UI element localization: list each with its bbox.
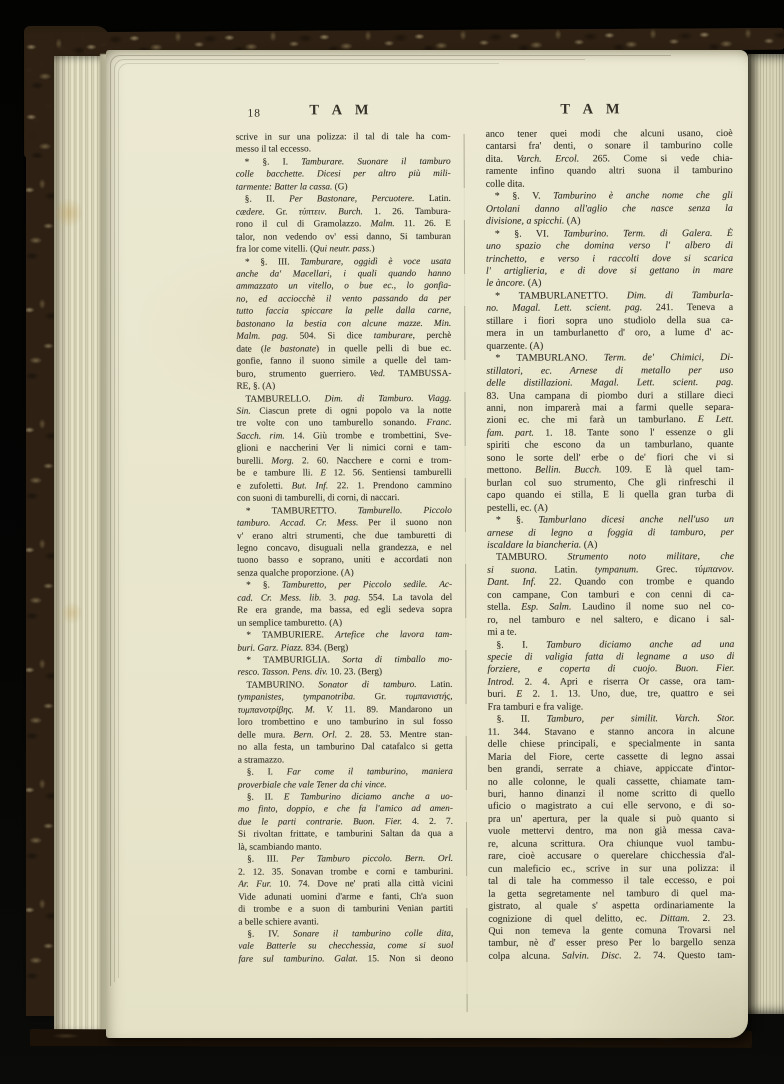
- text-line: stillatori, ec. Arnese di metallo per us…: [486, 365, 733, 378]
- right-column: anco tener quei modi che alcuni usano, c…: [486, 128, 736, 963]
- text-line: là, scambiando manto.: [238, 841, 453, 854]
- text-line: §. II. Per Bastonare, Percuotere. Latin.: [236, 193, 451, 206]
- text-line: divisione, a spicchi. (A): [486, 215, 733, 228]
- text-line: * TAMBURLANETTO. Dim. di Tamburla-: [486, 290, 733, 303]
- text-line: Ortolani danno all'aglio che nasce senza…: [486, 203, 733, 216]
- text-line: pra un' apertura, per la quale si può qu…: [488, 813, 735, 826]
- text-line: * §. I. Tamburare. Suonare il tamburo: [236, 156, 451, 169]
- text-line: re, alcuna scrittura. Ora chiunque vuol …: [488, 838, 735, 851]
- text-line: mera in un tamburlanetto d' oro, a lume …: [486, 327, 733, 340]
- text-line: a belle schiere avanti.: [238, 915, 453, 928]
- text-line: specie di valigia fatta di legname a uso…: [487, 651, 734, 664]
- text-line: un semplice tamburetto. (A): [237, 617, 452, 630]
- text-line: tal di tale ha commesso il tale eccesso,…: [488, 875, 735, 888]
- text-line: * TAMBURIGLIA. Sorta di timballo mo-: [237, 654, 452, 667]
- text-line: capo quando ei stilla, E li quella gran …: [487, 489, 734, 502]
- text-line: 11. 344. Stavano e stanno ancora in alcu…: [488, 726, 735, 739]
- text-line: 2. 12. 35. Sonavan trombe e corni e tamb…: [238, 866, 453, 879]
- text-line: arnese di legno a foggia di tamburo, per: [487, 526, 734, 539]
- text-line: Si rivoltan frittate, e tamburini Saltan…: [238, 828, 453, 841]
- text-line: cun maleficio ec., scrive in sur una pol…: [488, 863, 735, 876]
- text-line: Sacch. rim. 14. Giù trombe e trombettini…: [237, 430, 452, 443]
- text-line: Qui non temeva la gente comuna Trovarsi …: [488, 925, 735, 938]
- text-line: l' artiglieria, e di dove si gettano in …: [486, 265, 733, 278]
- text-line: zioni ec. che mi farà un tamburlano. E L…: [487, 414, 734, 427]
- text-line: §. IV. Sonare il tamburino colle dita,: [238, 928, 453, 941]
- text-line: con campane, Con tamburi e con cenni di …: [487, 589, 734, 602]
- text-line: vale Batterle su checchessia, come si su…: [238, 940, 453, 953]
- text-line: be e tambure lli. E 12. 56. Sentiensi ta…: [237, 467, 452, 480]
- text-line: τυμπανοτρίβης. M. V. 11. 89. Mandarono u…: [238, 704, 453, 717]
- text-line: §. I. Far come il tamburino, maniera: [238, 766, 453, 779]
- column-divider-rule: [464, 134, 468, 1012]
- text-line: mo finto, doppio, e che fa l'amico ad am…: [238, 803, 453, 816]
- text-line: burlan col suo strumento, Che gli rinfre…: [487, 477, 734, 490]
- text-line: bastonano la bestia con alcune mazze. Mi…: [236, 318, 451, 331]
- text-line: date (le bastonate) in quelle pelli di b…: [236, 343, 451, 356]
- text-line: delle mura. Bern. Orl. 2. 28. 53. Mentre…: [238, 729, 453, 742]
- text-line: gonfie, fanno il suono simile a quelle d…: [236, 355, 451, 368]
- text-line: mi a te.: [487, 626, 734, 639]
- text-line: TAMBURINO. Sonator di tamburo. Latin.: [237, 679, 452, 692]
- text-line: buro, strumento guerriero. Ved. TAMBUSSA…: [236, 368, 451, 381]
- text-line: delle chiese principali, e specialmente …: [488, 738, 735, 751]
- text-line: la getta segretamente nel tamburo di que…: [488, 888, 735, 901]
- text-line: anche da' Macellari, i quali quando hann…: [236, 268, 451, 281]
- text-line: Fra tamburi e fra valige.: [488, 701, 735, 714]
- text-line: Dant. Inf. 22. Quando con trombe e quand…: [487, 576, 734, 589]
- text-line: anco tener quei modi che alcuni usano, c…: [486, 128, 733, 141]
- text-line: 83. Una campana di piombo duri a stillar…: [486, 389, 733, 402]
- text-line: con suoni di tamburelli, di corni, di na…: [237, 492, 452, 505]
- text-line: di trombe e a suon di tamburini Venian p…: [238, 903, 453, 916]
- text-line: v' erano altri strumenti, che due tambur…: [237, 529, 452, 542]
- text-line: * TAMBURLANO. Term. de' Chimici, Di-: [486, 352, 733, 365]
- book-cover-spine-edge: [26, 34, 54, 1016]
- text-line: no alla festa, un tamburino Dal catafalc…: [238, 741, 453, 754]
- text-line: TAMBURO. Strumento noto militare, che: [487, 551, 734, 564]
- text-line: tutto faccia spiccare la pelle dalla car…: [236, 305, 451, 318]
- running-head-left: T A M: [296, 102, 386, 119]
- text-line: vuole mettervi dentro, ma non già messa …: [488, 825, 735, 838]
- text-line: tympanistes, tympanotriba. Gr. τυμπανιστ…: [238, 691, 453, 704]
- text-line: §. III. Per Tamburo piccolo. Bern. Orl.: [238, 853, 453, 866]
- running-head-right: T A M: [547, 101, 637, 118]
- text-line: ammazzato un vitello, o bue ec., lo gonf…: [236, 280, 451, 293]
- text-line: tamburo. Accad. Cr. Mess. Per il suono n…: [237, 517, 452, 530]
- text-line: Ar. Fur. 10. 74. Dove ne' prati alla cit…: [238, 878, 453, 891]
- text-line: buri. E 2. 1. 13. Uno, due, tre, quattro…: [488, 688, 735, 701]
- text-line: no alle colonne, le quali cassette, chia…: [488, 775, 735, 788]
- text-line: e zufoletti. But. Inf. 22. 1. Prendono c…: [237, 480, 452, 493]
- text-line: mettono. Bellin. Bucch. 109. E là quel t…: [487, 464, 734, 477]
- text-line: messo il tal eccesso.: [236, 143, 451, 156]
- text-line: buri. Garz. Piazz. 834. (Berg): [237, 641, 452, 654]
- book-page: 18 T A M T A M scrive in sur una polizza…: [106, 50, 748, 1038]
- text-line: colpa alcuna. Salvin. Disc. 2. 74. Quest…: [488, 950, 735, 963]
- text-line: Malm. pag. 504. Si dice tamburare, perch…: [236, 330, 451, 343]
- text-line: no. Magal. Lett. scient. pag. 241. Tenev…: [486, 302, 733, 315]
- text-line: ro, nel tamburo e nel saltero, e dicano …: [487, 614, 734, 627]
- text-line: rare, cioè accusare o querelare chicches…: [488, 850, 735, 863]
- text-line: fare sul tamburino. Galat. 15. Non si de…: [238, 953, 453, 966]
- text-line: cad. Cr. Mess. lib. 3. pag. 554. La tavo…: [237, 592, 452, 605]
- text-line: * §. Tamburetto, per Piccolo sedile. Ac-: [237, 579, 452, 592]
- text-line: uficio o magistrato a cui elle servono, …: [488, 800, 735, 813]
- text-line: Vide adunati uomini d'arme e fanti, Ch'a…: [238, 891, 453, 904]
- scanned-book-photo: 18 T A M T A M scrive in sur una polizza…: [0, 0, 784, 1084]
- text-line: senza qualche proporzione. (A): [237, 567, 452, 580]
- text-line: buri, hanno dinanzi il nome scritto di q…: [488, 788, 735, 801]
- text-line: a stramazzo.: [238, 754, 453, 767]
- text-line: fra lor come vitelli. (Qui neutr. pass.): [236, 243, 451, 256]
- text-line: pestelli, ec. (A): [487, 502, 734, 515]
- text-line: anni, non imparerà mai a farmi quelle se…: [487, 402, 734, 415]
- text-line: le àncore. (A): [486, 277, 733, 290]
- text-line: Sin. Ciascun prete di ogni popolo va la …: [237, 405, 452, 418]
- text-line: rono il cul di Gramolazzo. Malm. 11. 26.…: [236, 218, 451, 231]
- printed-text-block: 18 T A M T A M scrive in sur una polizza…: [104, 49, 749, 1039]
- text-line: §. II. E Tamburino diciamo anche a uo-: [238, 791, 453, 804]
- text-line: tuono basso e soprano, uniti e accordati…: [237, 554, 452, 567]
- text-line: sono le sorte dell' erbe o de' fiori che…: [487, 452, 734, 465]
- text-line: Re era grande, ma bassa, ed egli sedeva …: [237, 604, 452, 617]
- text-line: * §. Tamburlano dicesi anche nell'uso un: [487, 514, 734, 527]
- text-line: due le parti contrarie. Buon. Fier. 4. 2…: [238, 816, 453, 829]
- text-line: cognizione di quel delitto, ec. Dittam. …: [488, 912, 735, 925]
- text-line: ramente infino quando altri suona il tam…: [486, 165, 733, 178]
- text-line: * §. III. Tamburare, oggidì è voce usata: [236, 255, 451, 268]
- text-line: proverbiale che vale Tener da chi vince.: [238, 778, 453, 791]
- text-line: si suona. Latin. tympanum. Grec. τύμπανο…: [487, 564, 734, 577]
- text-line: stillare i fiori sopra uno studiolo dell…: [486, 315, 733, 328]
- text-line: gistrato, al quale s' aspetta ordinariam…: [488, 900, 735, 913]
- text-line: §. II. Tamburo, per similit. Varch. Stor…: [488, 713, 735, 726]
- text-line: ben grandi, serrate a chiave, appiccate …: [488, 763, 735, 776]
- text-line: colle dita.: [486, 178, 733, 191]
- text-line: quarzente. (A): [486, 340, 733, 353]
- text-line: * §. VI. Tamburino. Term. di Galera. È: [486, 228, 733, 241]
- text-line: tambur, nè d' esser preso Per lo bargell…: [488, 937, 735, 950]
- text-line: forziere, e coperta di cuojo. Buon. Fier…: [487, 663, 734, 676]
- text-line: delle distillazioni. Magal. Lett. scient…: [486, 377, 733, 390]
- text-line: uno spazio che domina verso l' albero di: [486, 240, 733, 253]
- page-stack-edges: [54, 56, 104, 1034]
- text-line: dita. Varch. Ercol. 265. Come si vede ch…: [486, 153, 733, 166]
- text-line: tre volte con uno tamburello sonando. Fr…: [237, 417, 452, 430]
- text-line: resco. Tasson. Pens. div. 10. 23. (Berg): [237, 666, 452, 679]
- text-line: TAMBURELLO. Dim. di Tamburo. Viagg.: [236, 392, 451, 405]
- text-line: glioni e naccherini Ver li nimici corni …: [237, 442, 452, 455]
- text-line: Maria del Fiore, certe cassette di legno…: [488, 751, 735, 764]
- text-line: * §. V. Tamburino è anche nome che gli: [486, 190, 733, 203]
- text-line: * TAMBURETTO. Tamburello. Piccolo: [237, 505, 452, 518]
- text-line: §. I. Tamburo diciamo anche ad una: [487, 639, 734, 652]
- text-line: cantarsi fra' denti, o sonare il tamburi…: [486, 140, 733, 153]
- page-number: 18: [247, 108, 261, 120]
- fore-edge-pages: [748, 54, 784, 1014]
- left-column: scrive in sur una polizza: il tal di tal…: [236, 131, 454, 966]
- text-line: talor, non vedendo ov' essi danno, Si ta…: [236, 231, 451, 244]
- text-line: * TAMBURIERE. Artefice che lavora tam-: [237, 629, 452, 642]
- text-line: tarmente: Batter la cassa. (G): [236, 181, 451, 194]
- text-line: Introd. 2. 4. Apri e riserra Or casse, o…: [487, 676, 734, 689]
- text-line: colle bacchette. Dicesi per altro più mi…: [236, 168, 451, 181]
- text-line: legno concavo, disuguali nella grandezza…: [237, 542, 452, 555]
- text-line: no, ed acciocchè il vento passando da pe…: [236, 293, 451, 306]
- text-line: iscaldare la biancheria. (A): [487, 539, 734, 552]
- text-line: scrive in sur una polizza: il tal di tal…: [236, 131, 451, 144]
- text-line: fam. part. 1. 18. Tante sono l' essenze …: [487, 427, 734, 440]
- text-line: RE, §. (A): [236, 380, 451, 393]
- text-line: loro trombettino e uno tamburino in sul …: [238, 716, 453, 729]
- text-line: cædere. Gr. τύπτειν. Burch. 1. 26. Tambu…: [236, 206, 451, 219]
- text-line: burelli. Morg. 2. 60. Nacchere e corni e…: [237, 455, 452, 468]
- text-line: spiriti che escono da un tamburlano, qua…: [487, 439, 734, 452]
- text-line: stella. Esp. Salm. Laudino il nome suo n…: [487, 601, 734, 614]
- text-line: trinchetto, e verso i raccolti dove si s…: [486, 252, 733, 265]
